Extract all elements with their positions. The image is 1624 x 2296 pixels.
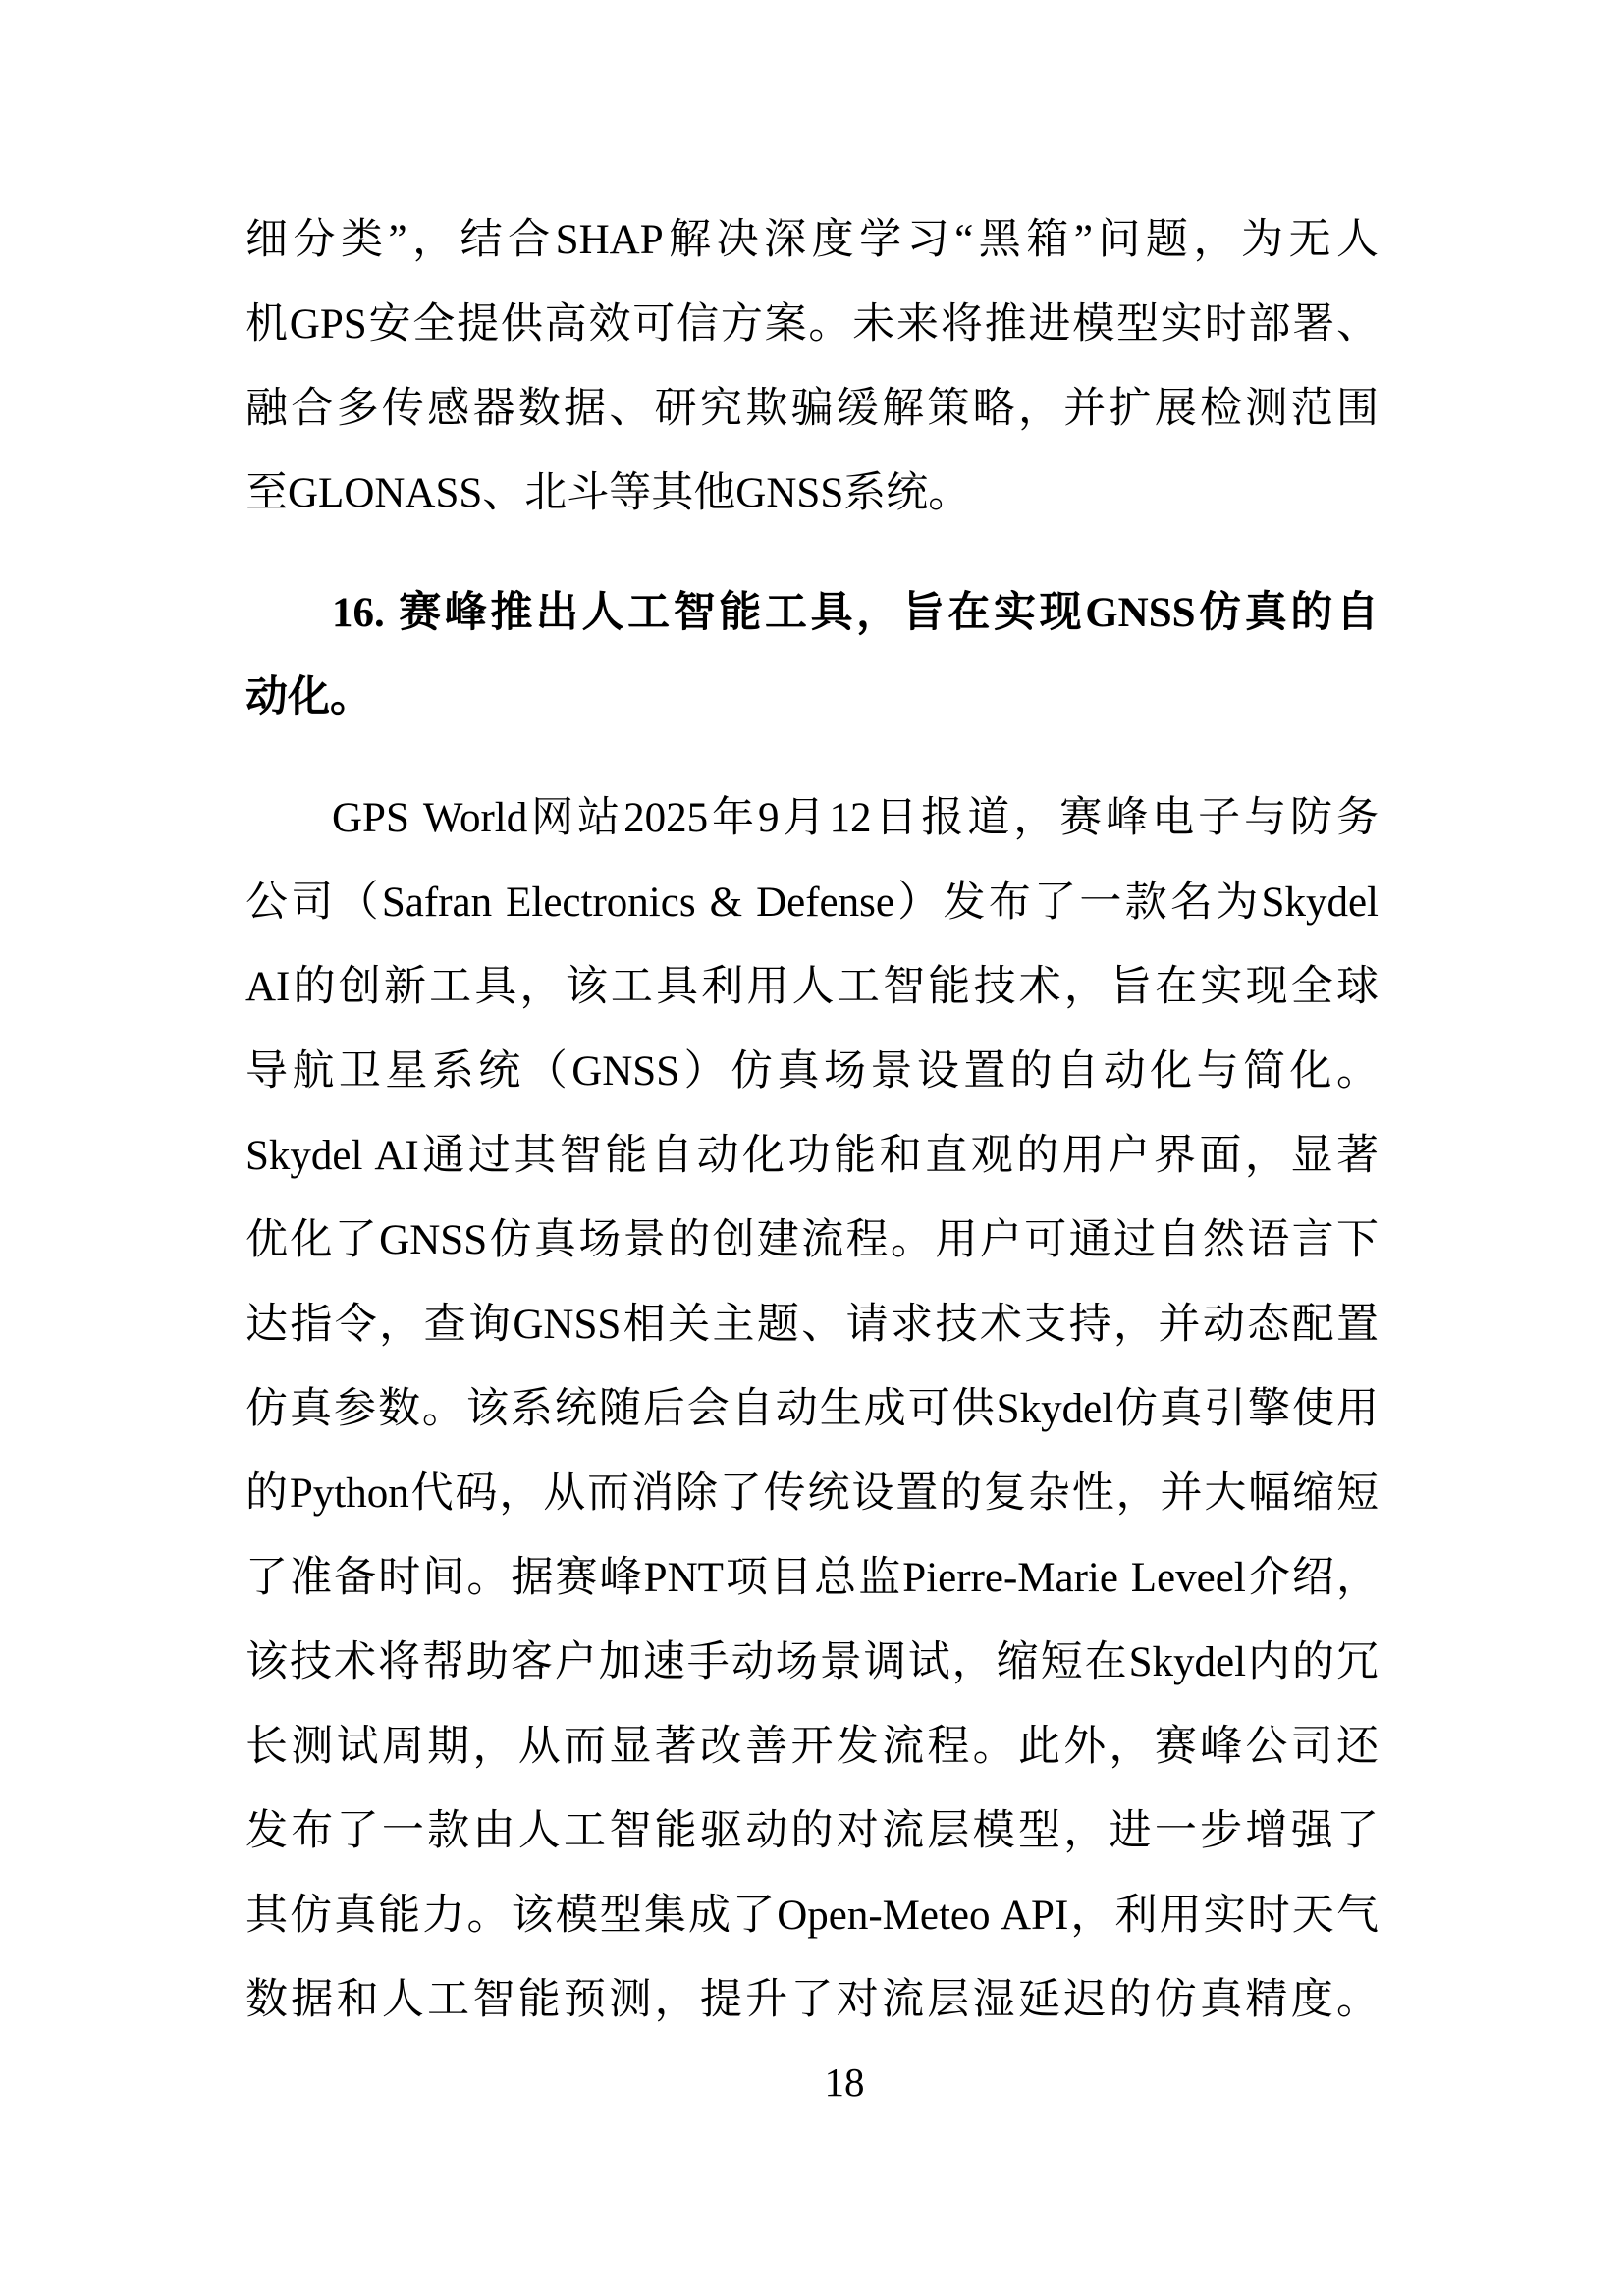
- text-line: 至GLONASS、北斗等其他GNSS系统。: [245, 452, 1379, 536]
- paragraph-body: GPS World网站2025年9月12日报道，赛峰电子与防务 公司（Safra…: [245, 776, 1379, 2043]
- heading-line: 16. 赛峰推出人工智能工具，旨在实现GNSS仿真的自: [245, 571, 1379, 656]
- text-line: 的Python代码，从而消除了传统设置的复杂性，并大幅缩短: [245, 1452, 1379, 1536]
- text-block: 细分类”，结合SHAP解决深度学习“黑箱”问题，为无人 机GPS安全提供高效可信…: [245, 198, 1379, 2043]
- section-heading: 16. 赛峰推出人工智能工具，旨在实现GNSS仿真的自 动化。: [245, 571, 1379, 740]
- page-number: 18: [278, 2062, 1411, 2103]
- text-line: 达指令，查询GNSS相关主题、请求技术支持，并动态配置: [245, 1283, 1379, 1367]
- text-line: 仿真参数。该系统随后会自动生成可供Skydel仿真引擎使用: [245, 1367, 1379, 1452]
- document-page: 细分类”，结合SHAP解决深度学习“黑箱”问题，为无人 机GPS安全提供高效可信…: [0, 0, 1624, 2296]
- text-line: Skydel AI通过其智能自动化功能和直观的用户界面，显著: [245, 1114, 1379, 1199]
- text-line: 该技术将帮助客户加速手动场景调试，缩短在Skydel内的冗: [245, 1621, 1379, 1705]
- text-line: AI的创新工具，该工具利用人工智能技术，旨在实现全球: [245, 945, 1379, 1030]
- text-line: 细分类”，结合SHAP解决深度学习“黑箱”问题，为无人: [245, 198, 1379, 283]
- heading-line: 动化。: [245, 656, 1379, 740]
- text-line: 数据和人工智能预测，提升了对流层湿延迟的仿真精度。: [245, 1958, 1379, 2043]
- text-line: 融合多传感器数据、研究欺骗缓解策略，并扩展检测范围: [245, 367, 1379, 452]
- text-line: GPS World网站2025年9月12日报道，赛峰电子与防务: [245, 776, 1379, 861]
- text-line: 其仿真能力。该模型集成了Open-Meteo API，利用实时天气: [245, 1874, 1379, 1958]
- text-line: 长测试周期，从而显著改善开发流程。此外，赛峰公司还: [245, 1705, 1379, 1789]
- text-line: 了准备时间。据赛峰PNT项目总监Pierre-Marie Leveel介绍，: [245, 1536, 1379, 1621]
- paragraph-continuation: 细分类”，结合SHAP解决深度学习“黑箱”问题，为无人 机GPS安全提供高效可信…: [245, 198, 1379, 536]
- text-line: 公司（Safran Electronics & Defense）发布了一款名为S…: [245, 861, 1379, 945]
- text-line: 导航卫星系统（GNSS）仿真场景设置的自动化与简化。: [245, 1030, 1379, 1114]
- text-line: 发布了一款由人工智能驱动的对流层模型，进一步增强了: [245, 1789, 1379, 1874]
- text-line: 机GPS安全提供高效可信方案。未来将推进模型实时部署、: [245, 283, 1379, 367]
- text-line: 优化了GNSS仿真场景的创建流程。用户可通过自然语言下: [245, 1199, 1379, 1283]
